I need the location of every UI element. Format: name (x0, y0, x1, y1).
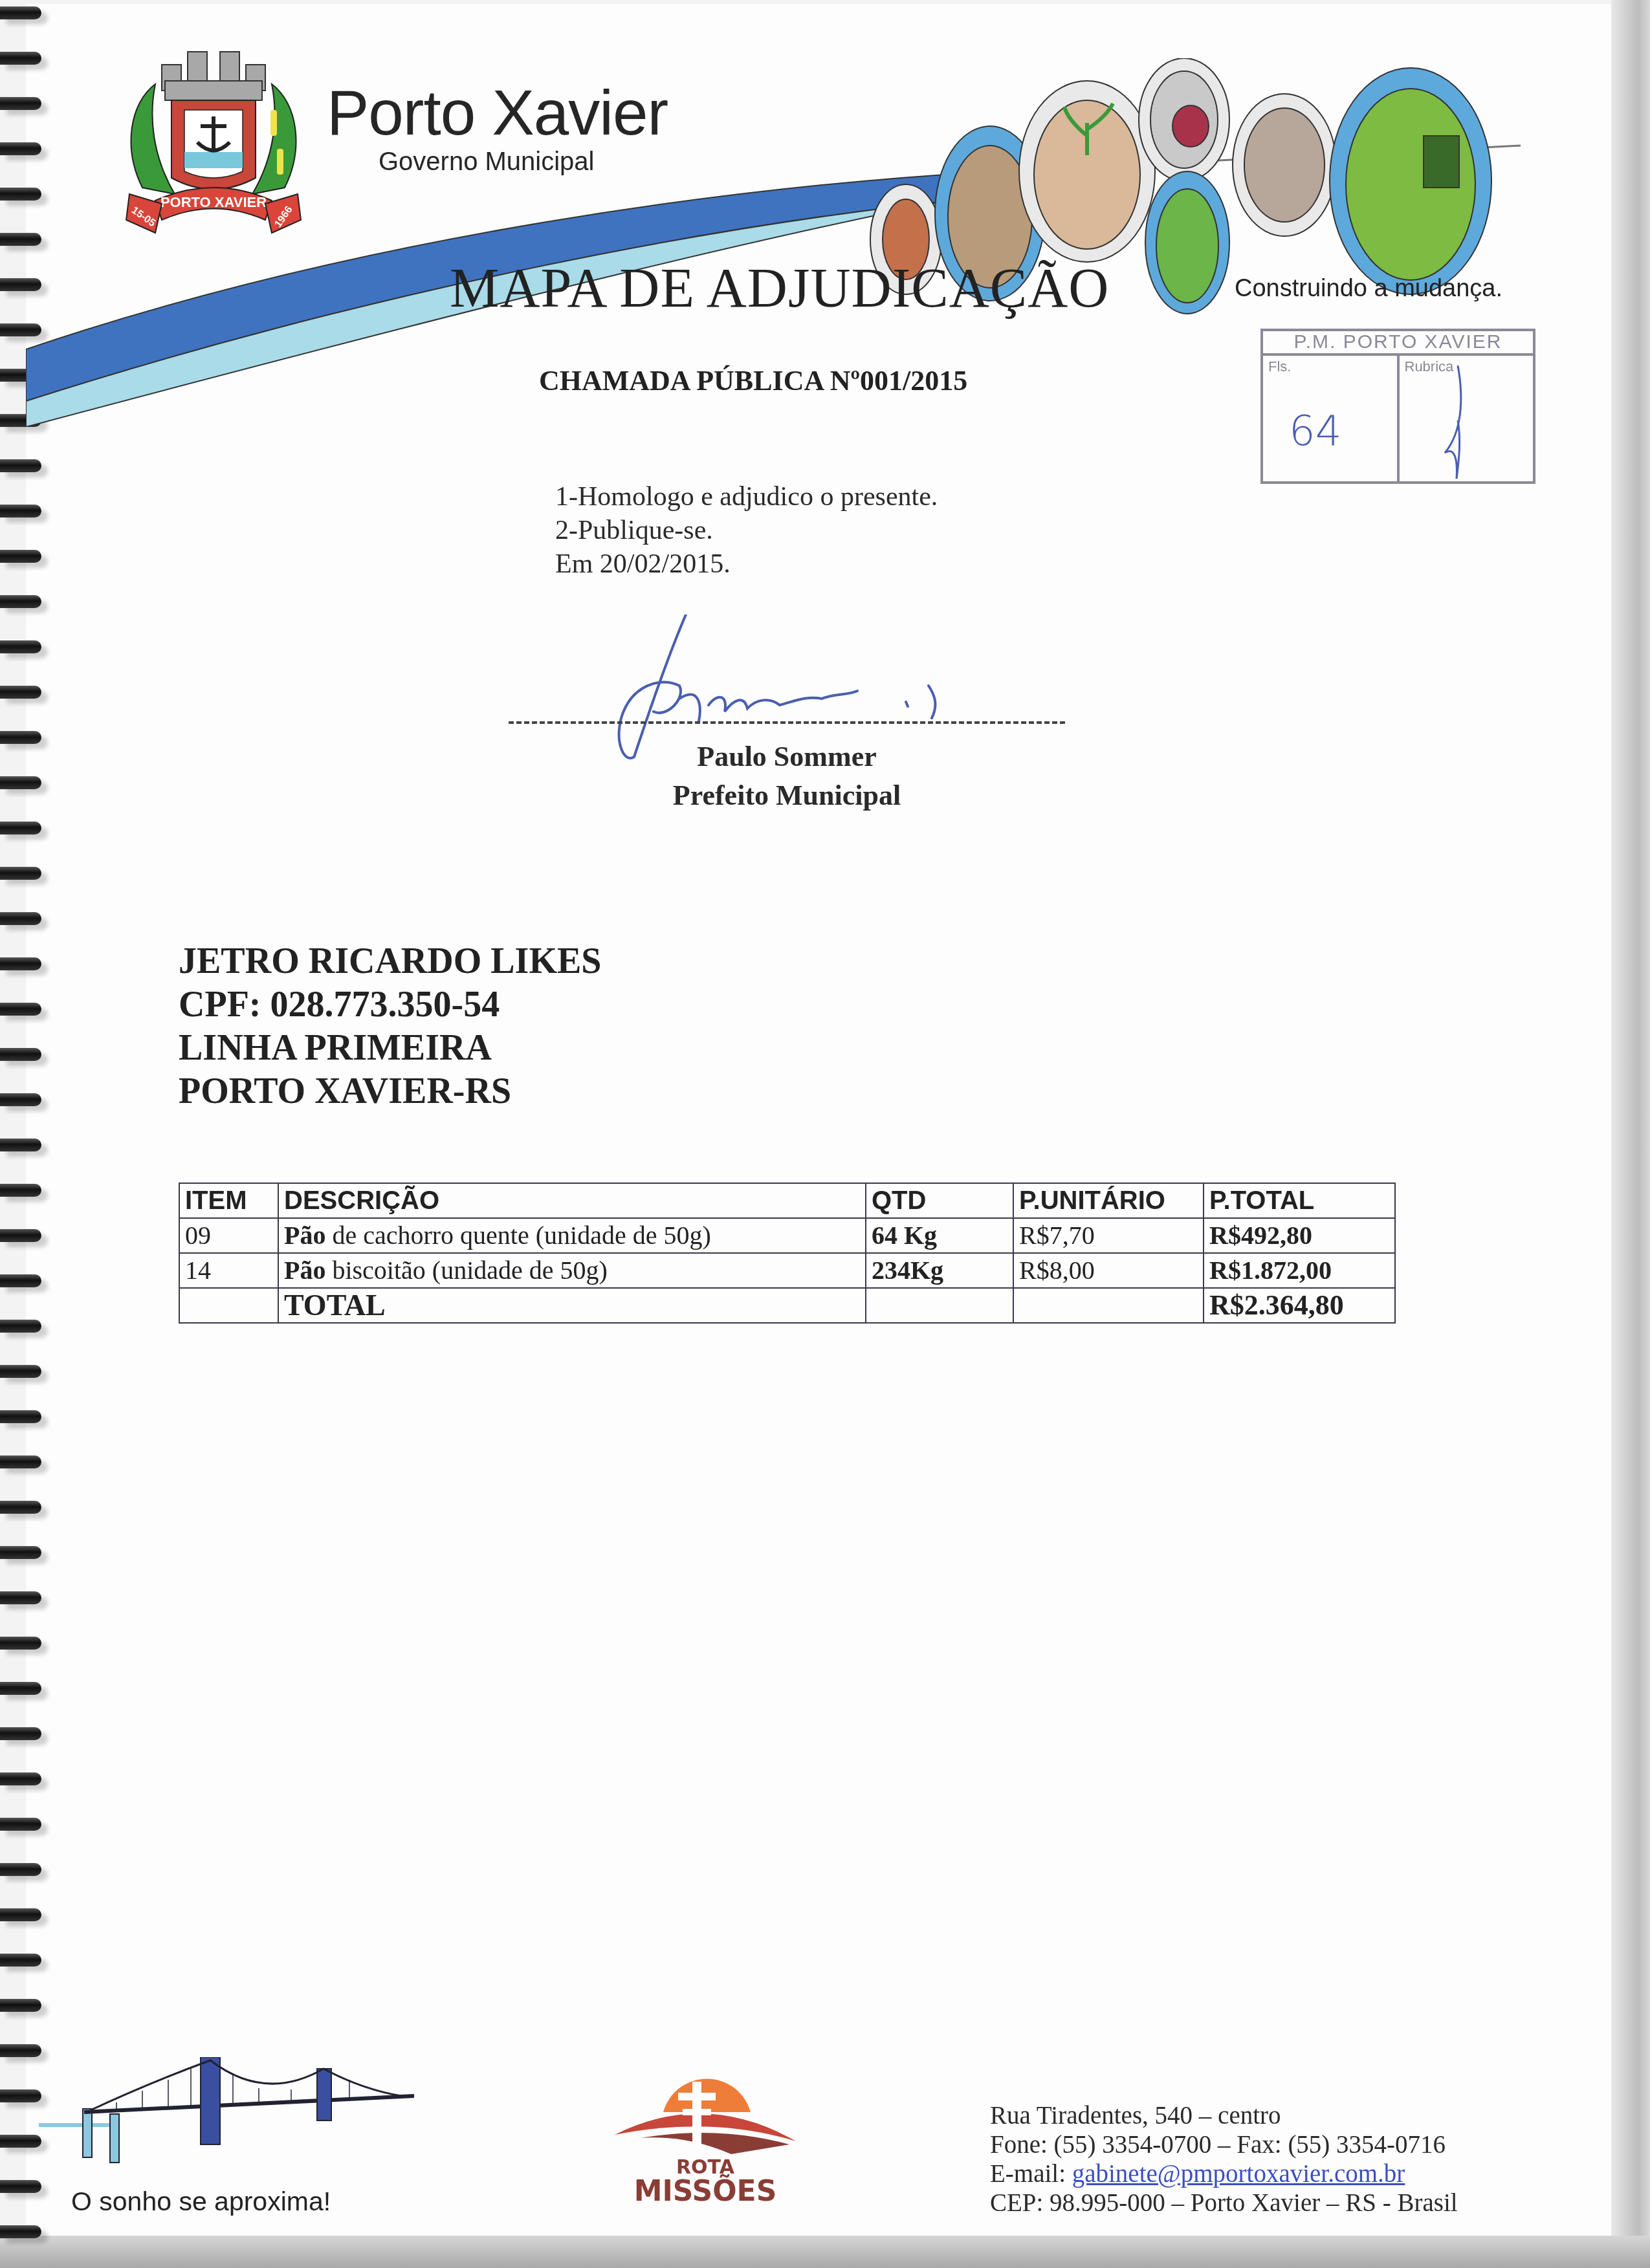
spiral-coil (0, 1727, 41, 1740)
col-qtd: QTD (866, 1183, 1013, 1218)
cell-descricao: Pão biscoitão (unidade de 50g) (278, 1253, 866, 1288)
spiral-coil (0, 1456, 41, 1468)
table-row: 09 Pão de cachorro quente (unidade de 50… (179, 1218, 1395, 1253)
spiral-coil (0, 912, 41, 925)
supplier-block: JETRO RICARDO LIKES CPF: 028.773.350-54 … (179, 940, 601, 1113)
cell-p-total: R$1.872,00 (1204, 1253, 1395, 1288)
cell-qtd: 64 Kg (866, 1218, 1013, 1253)
spiral-coil (0, 686, 41, 699)
spiral-coil (0, 2089, 41, 2102)
signer-name: Paulo Sommer (509, 737, 1065, 776)
spiral-coil (0, 2044, 41, 2057)
spiral-coil (0, 550, 41, 563)
spiral-coil (0, 822, 41, 834)
col-p-unitario: P.UNITÁRIO (1013, 1183, 1204, 1218)
adjudication-table: ITEM DESCRIÇÃO QTD P.UNITÁRIO P.TOTAL 09… (179, 1183, 1396, 1324)
decree-text: 1-Homologo e adjudico o presente. 2-Publ… (555, 480, 938, 581)
contact-block: Rua Tiradentes, 540 – centro Fone: (55) … (990, 2101, 1458, 2218)
slogan: Construindo a mudança. (1235, 275, 1502, 303)
spiral-coil (0, 595, 41, 608)
cell-qtd: 234Kg (866, 1253, 1013, 1288)
brand-subtitle: Governo Municipal (379, 147, 595, 177)
table-header-row: ITEM DESCRIÇÃO QTD P.UNITÁRIO P.TOTAL (179, 1183, 1395, 1218)
stamp-fls: Fls. 64 (1263, 356, 1397, 484)
spiral-coil (0, 1546, 41, 1559)
stamp-rubrica: Rubrica (1397, 356, 1534, 484)
cell-p-total: R$492,80 (1204, 1218, 1395, 1253)
footer-slogan: O sonho se aproxima! (71, 2186, 331, 2217)
table-total-row: TOTAL R$2.364,80 (179, 1288, 1395, 1323)
total-value: R$2.364,80 (1204, 1288, 1395, 1323)
brand-name: Porto Xavier (327, 81, 668, 144)
spiral-coil (0, 1003, 41, 1016)
spiral-coil (0, 1772, 41, 1785)
cell-item: 14 (179, 1253, 278, 1288)
stamp-fls-label: Fls. (1268, 358, 1291, 375)
cell-empty (179, 1288, 278, 1323)
table-row: 14 Pão biscoitão (unidade de 50g) 234Kg … (179, 1253, 1395, 1288)
page-stamp: P.M. PORTO XAVIER Fls. 64 Rubrica (1260, 329, 1535, 484)
contact-email-line: E-mail: gabinete@pmportoxavier.com.br (990, 2159, 1458, 2188)
spiral-coil (0, 1591, 41, 1604)
spiral-coil (0, 1501, 41, 1514)
col-p-total: P.TOTAL (1204, 1183, 1395, 1218)
cell-empty (866, 1288, 1013, 1323)
supplier-name: JETRO RICARDO LIKES (179, 940, 601, 983)
contact-address: Rua Tiradentes, 540 – centro (990, 2101, 1458, 2130)
col-item: ITEM (179, 1183, 278, 1218)
page-edge (1611, 0, 1650, 2268)
spiral-coil (0, 1365, 41, 1378)
spiral-coil (0, 97, 41, 110)
col-descricao: DESCRIÇÃO (278, 1183, 866, 1218)
spiral-coil (0, 1139, 41, 1151)
spiral-coil (0, 6, 41, 19)
supplier-city: PORTO XAVIER-RS (179, 1070, 601, 1113)
supplier-cpf: CPF: 028.773.350-54 (179, 983, 601, 1027)
signature-line (509, 721, 1065, 724)
bridge-icon (39, 2057, 414, 2174)
cell-p-unitario: R$8,00 (1013, 1253, 1204, 1288)
svg-text:PORTO XAVIER: PORTO XAVIER (160, 194, 267, 210)
document-title: MAPA DE ADJUDICAÇÃO (450, 256, 1109, 320)
spiral-coil (0, 1954, 41, 1967)
spiral-coil (0, 459, 41, 472)
decree-line-2: 2-Publique-se. (555, 514, 938, 547)
svg-text:MISSÕES: MISSÕES (634, 2174, 777, 2208)
spiral-coil (0, 1637, 41, 1650)
cell-descricao: Pão de cachorro quente (unidade de 50g) (278, 1218, 866, 1253)
spiral-coil (0, 1229, 41, 1242)
spiral-coil (0, 1410, 41, 1423)
stamp-fls-value: 64 (1289, 408, 1341, 455)
spiral-coil (0, 1048, 41, 1061)
total-label: TOTAL (278, 1288, 866, 1323)
rubrica-initial-icon (1438, 362, 1477, 485)
spiral-coil (0, 731, 41, 744)
spiral-coil (0, 867, 41, 880)
spiral-coil (0, 505, 41, 518)
cell-empty (1013, 1288, 1204, 1323)
rota-missoes-logo-icon: ROTA MISSÕES (602, 2064, 815, 2212)
stamp-header: P.M. PORTO XAVIER (1263, 331, 1533, 356)
decree-line-1: 1-Homologo e adjudico o presente. (555, 480, 938, 514)
contact-phone: Fone: (55) 3354-0700 – Fax: (55) 3354-07… (990, 2130, 1458, 2159)
spiral-coil (0, 1184, 41, 1197)
spiral-coil (0, 1818, 41, 1831)
spiral-coil (0, 1320, 41, 1333)
supplier-address: LINHA PRIMEIRA (179, 1027, 601, 1070)
spiral-coil (0, 2225, 41, 2238)
signer-block: Paulo Sommer Prefeito Municipal (509, 737, 1065, 815)
contact-cep: CEP: 98.995-000 – Porto Xavier – RS - Br… (990, 2188, 1458, 2218)
spiral-coil (0, 1999, 41, 2012)
signer-role: Prefeito Municipal (509, 776, 1065, 815)
spiral-coil (0, 2135, 41, 2148)
spiral-coil (0, 1093, 41, 1106)
call-number: CHAMADA PÚBLICA Nº001/2015 (539, 364, 967, 397)
spiral-coil (0, 640, 41, 653)
email-link[interactable]: gabinete@pmportoxavier.com.br (1072, 2160, 1405, 2188)
spiral-coil (0, 52, 41, 65)
cell-item: 09 (179, 1218, 278, 1253)
spiral-coil (0, 1274, 41, 1287)
spiral-coil (0, 1863, 41, 1876)
scan-bottom-edge (0, 2236, 1650, 2268)
municipal-crest-icon: PORTO XAVIER 15-05 1966 (116, 45, 311, 246)
spiral-coil (0, 2180, 41, 2193)
spiral-coil (0, 1682, 41, 1695)
decree-line-3: Em 20/02/2015. (555, 547, 938, 581)
cell-p-unitario: R$7,70 (1013, 1218, 1204, 1253)
spiral-coil (0, 957, 41, 970)
spiral-coil (0, 1908, 41, 1921)
spiral-coil (0, 776, 41, 789)
